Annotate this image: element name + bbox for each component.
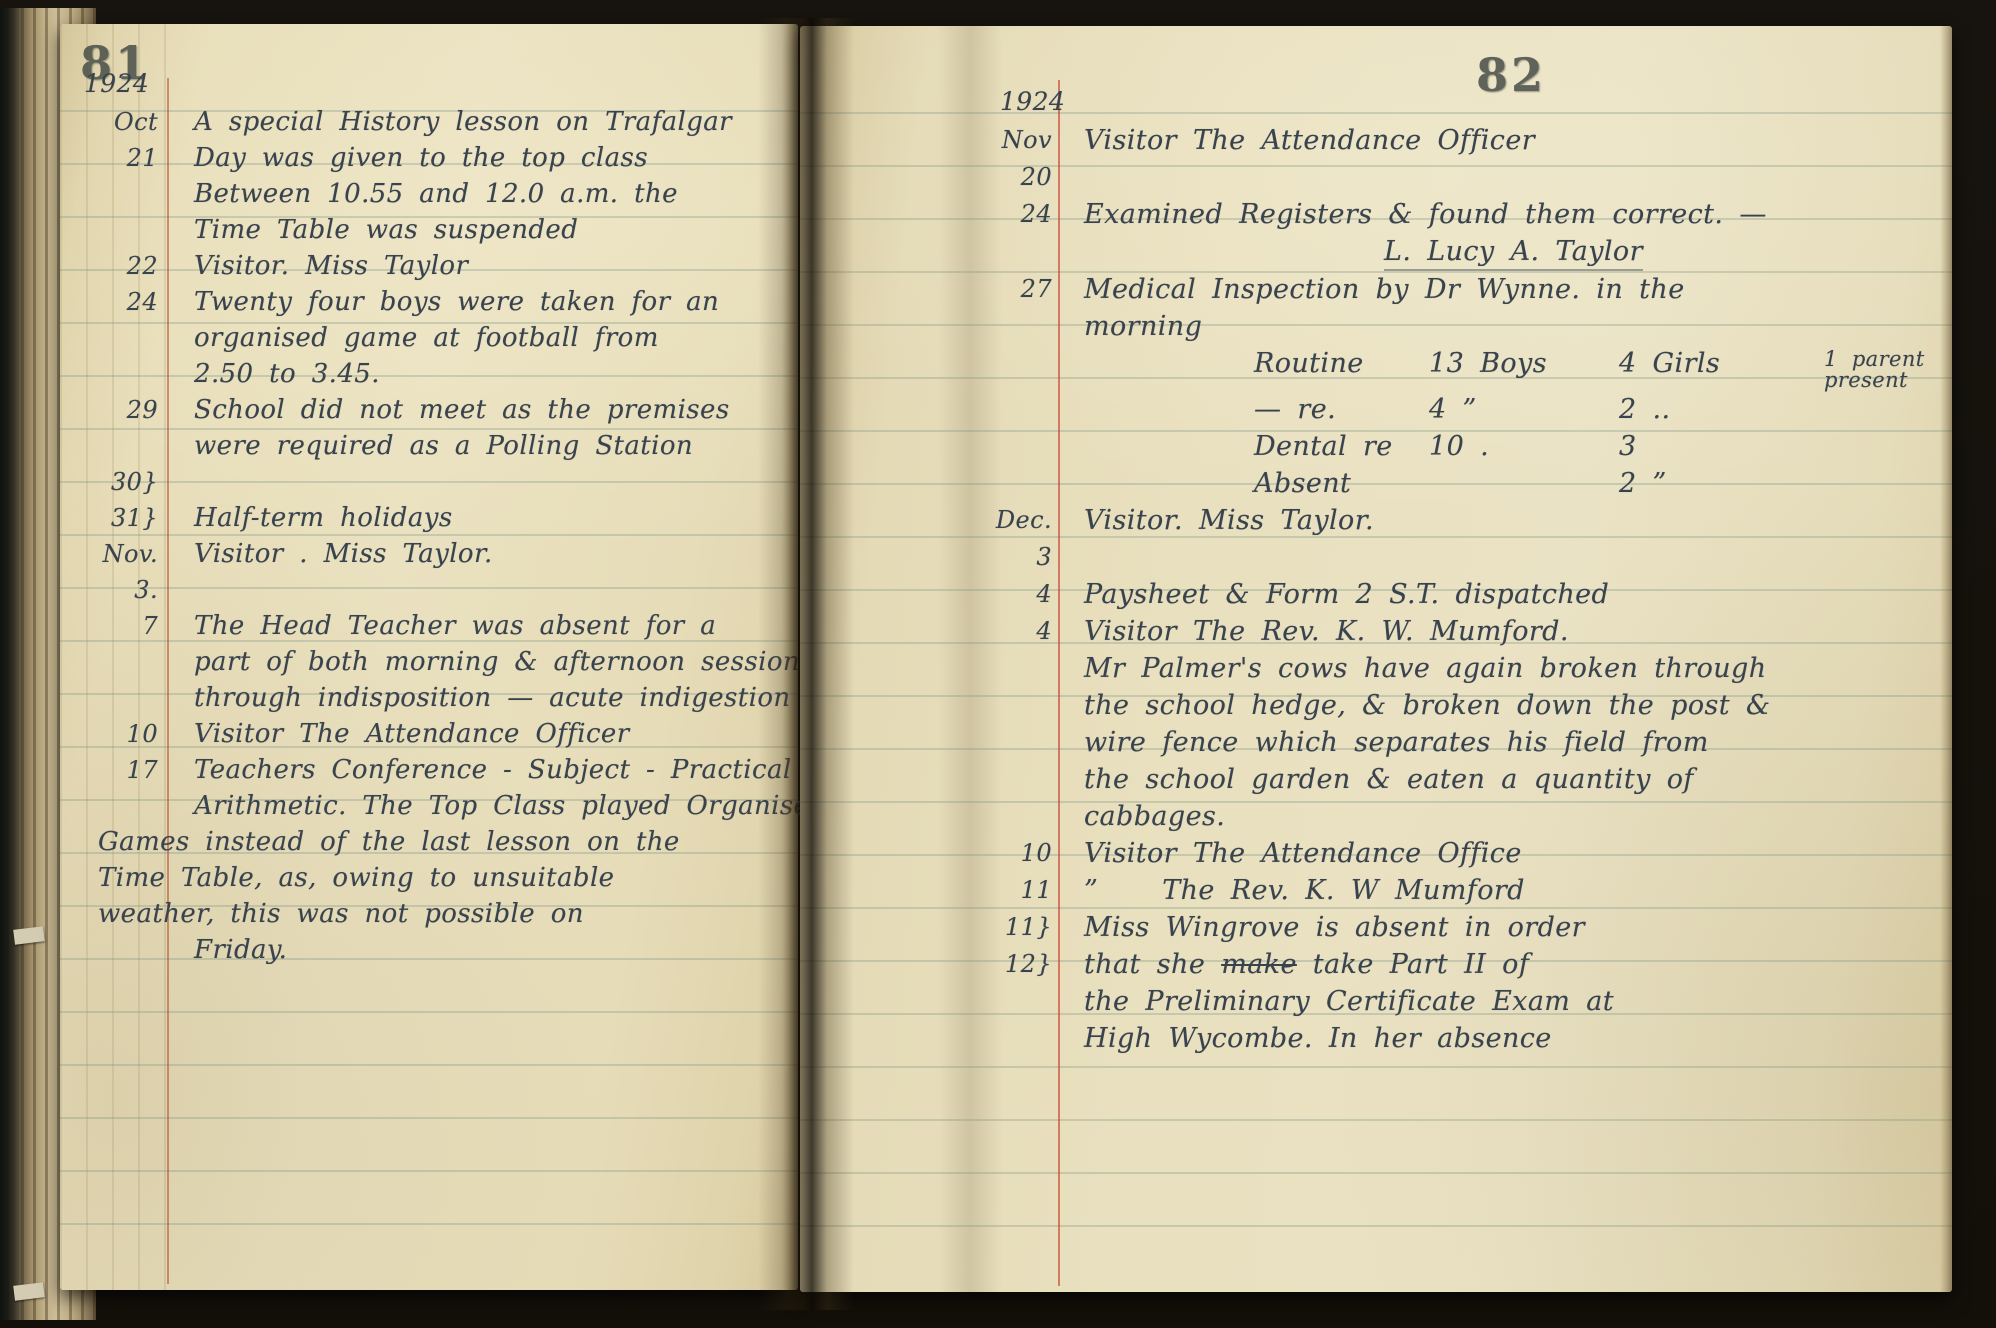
entry-line: Between 10.55 and 12.0 a.m. the (194, 176, 784, 212)
entry-date: 31} (80, 500, 168, 536)
table-cell: 4 Girls (1619, 345, 1824, 391)
entry-line-text: The Rev. K. W Mumford (1162, 875, 1525, 906)
ditto-mark: ” (1084, 875, 1098, 906)
log-entry: Oct 21 A special History lesson on Trafa… (80, 104, 784, 248)
entry-line: cabbages. (1084, 798, 1922, 835)
entry-date: Nov. 3. (80, 536, 168, 608)
table-row: — re. 4 ” 2 .. (1254, 391, 1974, 428)
entry-line: 2.50 to 3.45. (194, 356, 784, 392)
table-cell: 1 parent present (1824, 345, 1974, 391)
entry-date: 11} 12} (972, 909, 1058, 983)
entry-line: were required as a Polling Station (194, 428, 784, 464)
table-cell: 10 . (1429, 428, 1619, 465)
entry-line: Visitor The Attendance Officer (1084, 122, 1922, 159)
log-entry: 11} 12} Miss Wingrove is absent in order… (972, 909, 1922, 1057)
entry-date: Dec. 3 (972, 502, 1058, 576)
entry-line: Time Table was suspended (194, 212, 784, 248)
year-heading: 1924 (1000, 86, 1922, 118)
entry-line: wire fence which separates his field fro… (1084, 724, 1922, 761)
entry-date: 10 (972, 835, 1058, 872)
entry-line: Visitor . Miss Taylor. (194, 536, 784, 572)
table-cell: 4 ” (1429, 391, 1619, 428)
log-entry: 27 Medical Inspection by Dr Wynne. in th… (972, 271, 1922, 502)
entry-line: A special History lesson on Trafalgar (194, 104, 784, 140)
table-row: Dental re 10 . 3 (1254, 428, 1974, 465)
entry-date: 4 (972, 576, 1058, 613)
entry-date: 27 (972, 271, 1058, 308)
log-entry: 31} Half-term holidays (80, 500, 784, 536)
log-entry: 10 Visitor The Attendance Office (972, 835, 1922, 872)
entry-line: Paysheet & Form 2 S.T. dispatched (1084, 576, 1922, 613)
left-page: 81 1924 Oct 21 A special History lesson … (60, 24, 798, 1290)
entry-line: the school garden & eaten a quantity of (1084, 761, 1922, 798)
entry-date: 30} (80, 464, 168, 500)
log-entry: 29 School did not meet as the premises w… (80, 392, 784, 464)
entry-line: weather, this was not possible on (98, 896, 826, 932)
entry-date: Nov 20 (972, 122, 1058, 196)
log-entry: 24 Examined Registers & found them corre… (972, 196, 1922, 271)
entry-line: ”The Rev. K. W Mumford (1084, 872, 1922, 909)
table-cell: Routine (1254, 345, 1429, 391)
entry-date-top: 11} (972, 909, 1052, 946)
medical-inspection-table: Routine 13 Boys 4 Girls 1 parent present… (1254, 345, 1974, 502)
entry-date: 24 (972, 196, 1058, 233)
entry-line: Games instead of the last lesson on the (98, 824, 826, 860)
entry-line: the school hedge, & broken down the post… (1084, 687, 1922, 724)
log-entry: 7 The Head Teacher was absent for a part… (80, 608, 784, 716)
entry-date: 10 (80, 716, 168, 752)
table-cell: — re. (1254, 391, 1429, 428)
entry-line: Time Table, as, owing to unsuitable (98, 860, 826, 896)
entry-line: Visitor. Miss Taylor (194, 248, 784, 284)
right-page-content: 1924 Nov 20 Visitor The Attendance Offic… (972, 86, 1922, 1057)
table-cell: 2 .. (1619, 391, 1824, 428)
log-entry: 24 Twenty four boys were taken for an or… (80, 284, 784, 392)
entry-date: Oct 21 (80, 104, 168, 176)
entry-date: 24 (80, 284, 168, 320)
table-cell (1824, 391, 1974, 428)
entry-line: Day was given to the top class (194, 140, 784, 176)
entry-date: 11 (972, 872, 1058, 909)
log-entry: 11 ”The Rev. K. W Mumford (972, 872, 1922, 909)
table-cell (1824, 428, 1974, 465)
entry-line: High Wycombe. In her absence (1084, 1020, 1922, 1057)
log-entry: 4 Paysheet & Form 2 S.T. dispatched (972, 576, 1922, 613)
log-entry: 17 Teachers Conference - Subject - Pract… (80, 752, 784, 968)
inspector-signature: L. Lucy A. Taylor (1384, 235, 1643, 271)
entry-line: Teachers Conference - Subject - Practica… (194, 752, 826, 788)
entry-date: 4 (972, 613, 1058, 650)
table-cell: 2 ” (1619, 465, 1824, 502)
table-cell (1429, 465, 1619, 502)
entry-line: Visitor The Rev. K. W. Mumford. (1084, 613, 1922, 650)
log-entry: Dec. 3 Visitor. Miss Taylor. (972, 502, 1922, 576)
entry-line: Arithmetic. The Top Class played Organis… (194, 788, 826, 824)
entry-line: through indisposition — acute indigestio… (194, 680, 800, 716)
entry-line: School did not meet as the premises (194, 392, 784, 428)
entry-date: 29 (80, 392, 168, 428)
year-heading: 1924 (84, 68, 784, 100)
entry-date: 17 (80, 752, 168, 788)
table-cell: 13 Boys (1429, 345, 1619, 391)
left-page-content: 1924 Oct 21 A special History lesson on … (80, 68, 784, 968)
entry-line: that she make take Part II of (1084, 946, 1922, 983)
table-row: Absent 2 ” (1254, 465, 1974, 502)
entry-line: organised game at football from (194, 320, 784, 356)
entry-line: The Head Teacher was absent for a (194, 608, 800, 644)
entry-date-bottom: 12} (972, 946, 1052, 983)
logbook-scan: 81 1924 Oct 21 A special History lesson … (0, 0, 1996, 1328)
entry-date: 22 (80, 248, 168, 284)
table-cell: Dental re (1254, 428, 1429, 465)
entry-line: Medical Inspection by Dr Wynne. in the (1084, 271, 1974, 308)
entry-line: Examined Registers & found them correct.… (1084, 196, 1922, 233)
entry-line: the Preliminary Certificate Exam at (1084, 983, 1922, 1020)
entry-line: Mr Palmer's cows have again broken throu… (1084, 650, 1922, 687)
line-segment: take Part II of (1297, 949, 1529, 980)
table-row: Routine 13 Boys 4 Girls 1 parent present (1254, 345, 1974, 391)
log-entry: 22 Visitor. Miss Taylor (80, 248, 784, 284)
entry-line: morning (1084, 308, 1974, 345)
entry-line: Visitor The Attendance Office (1084, 835, 1922, 872)
log-entry: Nov 20 Visitor The Attendance Officer (972, 122, 1922, 196)
entry-date: 7 (80, 608, 168, 644)
entry-line: Visitor. Miss Taylor. (1084, 502, 1922, 539)
entry-line: Friday. (194, 932, 826, 968)
table-cell: 3 (1619, 428, 1824, 465)
entry-line: Visitor The Attendance Officer (194, 716, 784, 752)
table-cell: Absent (1254, 465, 1429, 502)
right-page: 82 1924 Nov 20 Visitor The Attendance Of… (800, 26, 1952, 1292)
entry-line: Half-term holidays (194, 500, 784, 536)
entry-line: part of both morning & afternoon session (194, 644, 800, 680)
line-segment: that she (1084, 949, 1221, 980)
table-cell (1824, 465, 1974, 502)
log-entry: 10 Visitor The Attendance Officer (80, 716, 784, 752)
log-entry: Nov. 3. Visitor . Miss Taylor. (80, 536, 784, 608)
struck-word: make (1221, 949, 1297, 980)
log-entry: 30} (80, 464, 784, 500)
log-entry: 4 Visitor The Rev. K. W. Mumford. Mr Pal… (972, 613, 1922, 835)
entry-line: Twenty four boys were taken for an (194, 284, 784, 320)
entry-line: Miss Wingrove is absent in order (1084, 909, 1922, 946)
